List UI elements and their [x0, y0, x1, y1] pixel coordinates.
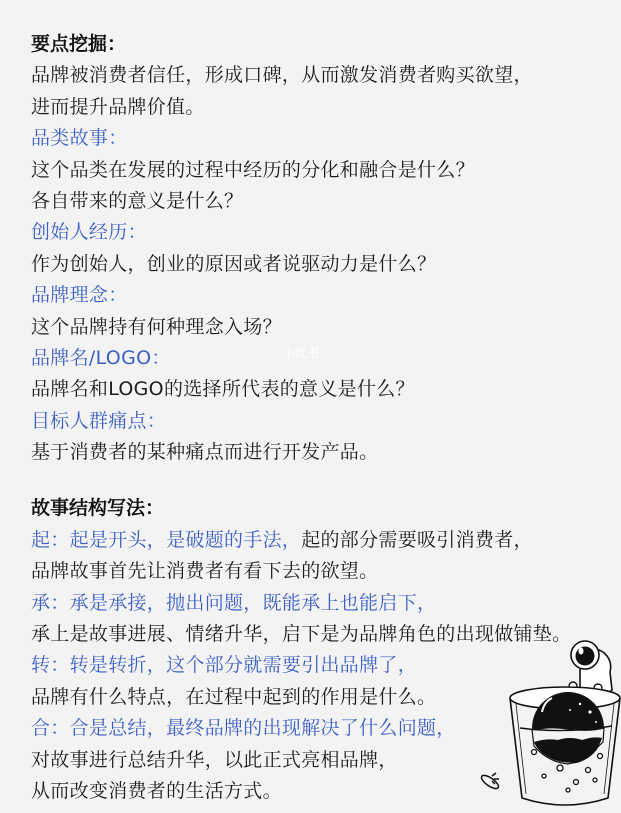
body-line: 作为创始人，创业的原因或者说驱动力是什么？	[31, 249, 621, 280]
structure-rest: 起的部分需要吸引消费者，	[301, 529, 533, 551]
structure-cheng: 承：承是承接，抛出问题，既能承上也能启下，	[31, 588, 621, 619]
body-line: 各自带来的意义是什么？	[31, 186, 621, 217]
orbit-doodle-icon	[480, 773, 501, 791]
body-line: 基于消费者的某种痛点而进行开发产品。	[31, 437, 621, 468]
section-title-key-points: 要点挖掘：	[31, 29, 621, 60]
structure-label: 转：转是转折，这个部分就需要引出品牌了，	[31, 654, 417, 676]
subheading-brand-philosophy: 品牌理念：	[31, 280, 621, 311]
section-title-story-structure: 故事结构写法：	[31, 493, 621, 524]
intro-line: 进而提升品牌价值。	[31, 92, 621, 123]
body-line: 这个品牌持有何种理念入场？	[31, 312, 621, 343]
watermark: 小红书	[283, 344, 319, 361]
structure-label: 承：承是承接，抛出问题，既能承上也能启下，	[31, 592, 436, 614]
body-line: 这个品类在发展的过程中经历的分化和融合是什么？	[31, 155, 621, 186]
section-gap	[31, 468, 621, 493]
structure-qi: 起：起是开头，是破题的手法，起的部分需要吸引消费者，	[31, 525, 621, 556]
intro-line: 品牌被消费者信任，形成口碑，从而激发消费者购买欲望，	[31, 60, 621, 91]
subheading-founder-experience: 创始人经历：	[31, 217, 621, 248]
subheading-brand-name-logo: 品牌名/LOGO：	[31, 343, 621, 374]
structure-label: 合：合是总结，最终品牌的出现解决了什么问题，	[31, 717, 456, 739]
structure-label: 起：起是开头，是破题的手法，	[31, 529, 301, 551]
astronaut-glass-illustration-icon	[470, 630, 621, 813]
subheading-category-story: 品类故事：	[31, 123, 621, 154]
body-line: 品牌名和LOGO的选择所代表的意义是什么？	[31, 374, 621, 405]
subheading-target-pain-points: 目标人群痛点：	[31, 406, 621, 437]
body-line: 品牌故事首先让消费者有看下去的欲望。	[31, 556, 621, 587]
